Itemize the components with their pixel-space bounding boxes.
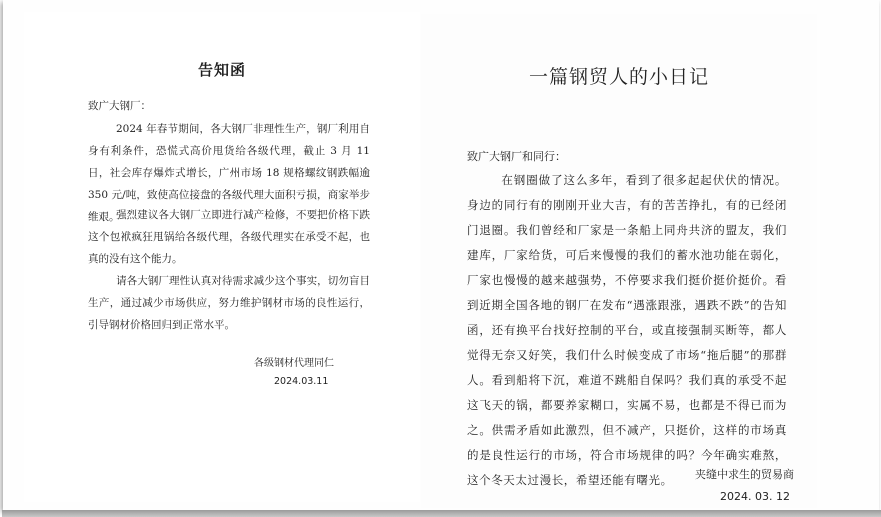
diary-salutation: 致广大钢厂和同行： xyxy=(467,148,566,164)
notice-letter-document: 告知函 致广大钢厂： 2024 年春节期间，各大钢厂非理性生产，钢厂利用自身有利… xyxy=(24,12,420,502)
notice-signature: 各级钢材代理同仁 xyxy=(254,354,334,369)
paragraph-text: 在钢圈做了这么多年，看到了很多起起伏伏的情况。身边的同行有的刚刚开业大吉，有的苦… xyxy=(467,173,787,487)
bottom-shadow-bar xyxy=(2,510,881,517)
diary-date: 2024. 03. 12 xyxy=(720,490,790,503)
notice-paragraph: 强烈建议各大钢厂立即进行减产检修，不要把价格下跌这个包袱疯狂甩锅给各级代理，各级… xyxy=(88,204,370,270)
notice-title: 告知函 xyxy=(24,59,420,80)
diary-paragraph: 在钢圈做了这么多年，看到了很多起起伏伏的情况。身边的同行有的刚刚开业大吉，有的苦… xyxy=(467,168,787,493)
paragraph-text: 请各大钢厂理性认真对待需求减少这个事实，切勿盲目生产，通过减少市场供应，努力维护… xyxy=(88,275,370,331)
notice-date: 2024.03.11 xyxy=(274,376,328,387)
notice-paragraph: 请各大钢厂理性认真对待需求减少这个事实，切勿盲目生产，通过减少市场供应，努力维护… xyxy=(88,270,370,336)
diary-title: 一篇钢贸人的小日记 xyxy=(421,62,817,89)
diary-document: 一篇钢贸人的小日记 致广大钢厂和同行： 在钢圈做了这么多年，看到了很多起起伏伏的… xyxy=(421,14,817,508)
notice-salutation: 致广大钢厂： xyxy=(88,98,151,113)
diary-signature: 夹缝中求生的贸易商 xyxy=(695,466,794,482)
paragraph-text: 强烈建议各大钢厂立即进行减产检修，不要把价格下跌这个包袱疯狂甩锅给各级代理，各级… xyxy=(88,209,370,265)
